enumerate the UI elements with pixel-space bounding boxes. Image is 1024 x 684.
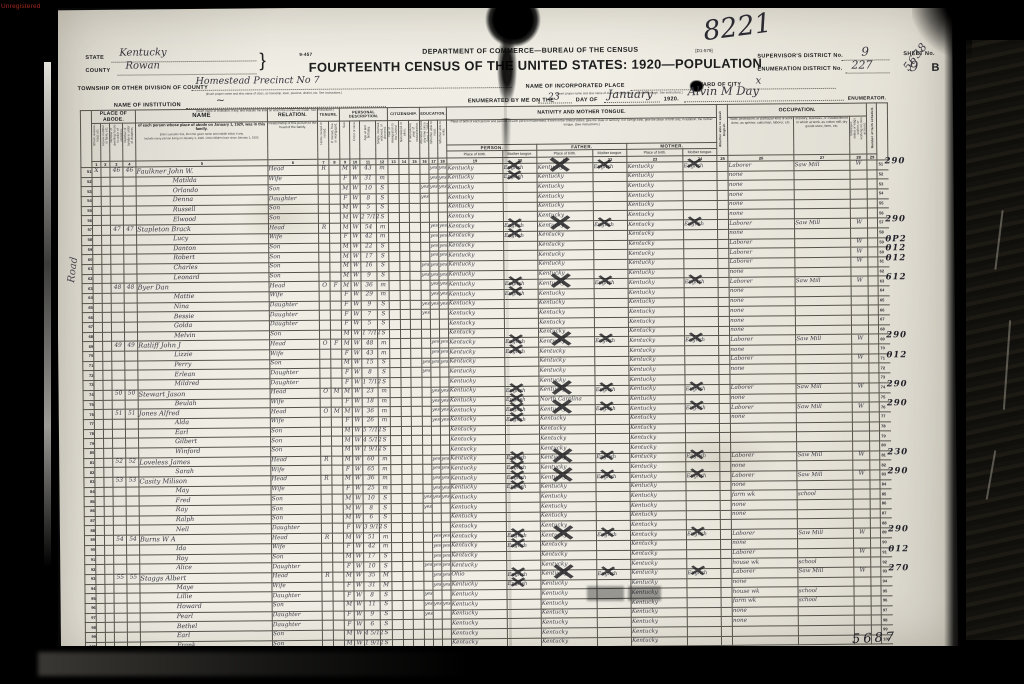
township-value: Homestead Precinct No 7 [196, 75, 320, 87]
cell-mtg [330, 243, 341, 253]
cell-c15 [411, 377, 422, 387]
state-label: STATE [85, 55, 104, 61]
cell-mmt [684, 249, 718, 259]
cell-lineR: 79 [880, 431, 891, 441]
cell-house [103, 361, 112, 371]
cell-mpob: Kentucky [631, 559, 687, 569]
cell-col: W [351, 262, 361, 272]
col-free-mortgaged: If owned, free or mortgaged. [329, 121, 340, 159]
cell-fam [125, 351, 138, 361]
cell-emp [852, 393, 869, 403]
cell-pob: Kentucky [447, 173, 503, 183]
cell-mpob: Kentucky [629, 336, 685, 346]
tally-code: 012 [886, 254, 907, 263]
cell-eng [717, 190, 728, 200]
cell-dw: 50 [112, 390, 125, 400]
cell-mmt [687, 617, 721, 627]
cell-mtg [333, 553, 344, 563]
cell-occ: none [730, 345, 796, 355]
cell-age: 31 [364, 581, 380, 591]
cell-fam: 52 [126, 458, 139, 468]
cell-col: W [354, 630, 364, 640]
cell-e16 [424, 542, 433, 552]
cell-emp [853, 480, 870, 490]
cell-c13 [390, 349, 401, 359]
cell-age: 9 [364, 610, 380, 620]
cell-mar: m [377, 232, 389, 242]
cell-c13 [388, 203, 399, 213]
cell-mtg [331, 369, 342, 379]
cell-mar: m [380, 542, 392, 552]
cell-mar: m [378, 387, 390, 397]
cell-e16 [424, 552, 433, 562]
cell-dw [111, 293, 124, 303]
cell-house [101, 187, 110, 197]
cell-lineR: 93270 [881, 567, 892, 577]
cell-farm [871, 528, 881, 538]
cell-fmt [594, 240, 628, 250]
cell-rel: Daughter [272, 621, 322, 631]
cell-rel: Daughter [272, 562, 322, 572]
cell-emp [854, 577, 871, 587]
cell-fam: 55 [127, 574, 140, 584]
cell-sex: F [342, 417, 352, 427]
cell-dw [112, 332, 125, 342]
cell-ind [798, 615, 854, 625]
cell-mmt: English [683, 161, 717, 171]
cell-c15 [413, 542, 424, 552]
cell-ind [798, 606, 854, 616]
cell-dw [113, 467, 126, 477]
tally-code: 612 [886, 273, 907, 282]
cell-house [104, 535, 113, 545]
tally-code: 290 [887, 380, 908, 389]
cell-c13 [389, 300, 400, 310]
cell-c15 [410, 290, 421, 300]
cell-pob: Kentucky [448, 260, 504, 270]
cell-eng [718, 278, 729, 288]
cell-mpob: Kentucky [631, 607, 687, 617]
cell-line: 53 [81, 187, 92, 197]
cell-dw [114, 593, 127, 603]
cell-c15 [409, 184, 420, 194]
cell-ind: Saw Mill [796, 402, 852, 412]
cell-c15 [413, 552, 424, 562]
cell-dw [114, 613, 127, 623]
cell-fpob: Kentucky [539, 405, 595, 415]
cell-ten: R [318, 165, 329, 175]
cell-house [103, 380, 112, 390]
cell-c14 [400, 223, 410, 233]
cell-c14 [401, 368, 411, 378]
cell-e18: yes [439, 271, 448, 281]
cell-house [105, 564, 114, 574]
cell-mt [505, 318, 539, 328]
cell-c15 [412, 436, 423, 446]
cell-line: 64 [82, 293, 93, 303]
cell-c14 [400, 300, 410, 310]
tally-code: 290 [888, 525, 909, 534]
cell-mar: S [377, 252, 389, 262]
cell-e17 [431, 329, 440, 339]
day-of-label: DAY OF [576, 97, 598, 103]
cell-house [102, 245, 111, 255]
cell-e17 [431, 319, 440, 329]
cell-sex: M [344, 572, 354, 582]
cell-fam [125, 380, 138, 390]
cell-eng [721, 539, 732, 549]
tally-code: 012 [885, 244, 906, 253]
cell-age: 10 [364, 562, 380, 572]
col-attended-school: Attended school any time since Sept. 1, … [420, 120, 429, 158]
cell-c14 [400, 271, 410, 281]
cell-c15 [413, 600, 424, 610]
cell-c15 [412, 494, 423, 504]
cell-e17: yes [430, 232, 439, 242]
cell-fam [127, 613, 140, 623]
cell-col: W [350, 204, 360, 214]
cell-fam [123, 177, 136, 187]
scan-smudge-bottom [38, 652, 468, 676]
cell-mmt: English [687, 568, 721, 578]
cell-pob: Kentucky [451, 609, 507, 619]
cell-e17 [432, 513, 441, 523]
cell-farm [869, 315, 879, 325]
cell-ten [321, 436, 332, 446]
cell-pob: Kentucky [448, 309, 504, 319]
cell-pob: Kentucky [450, 522, 506, 532]
cell-mpob: Kentucky [628, 278, 684, 288]
cell-dw [114, 632, 127, 642]
cell-rel: Head [271, 475, 321, 485]
cell-pob: Kentucky [451, 580, 507, 590]
cell-lineR: 74290 [879, 383, 890, 393]
cell-mtg: F [330, 281, 341, 291]
cell-farm [870, 412, 880, 422]
cell-street [94, 351, 103, 361]
cell-mpob: Kentucky [630, 501, 686, 511]
cell-street: X [92, 167, 101, 177]
cell-pob: Kentucky [448, 299, 504, 309]
cell-street [94, 429, 103, 439]
cell-line: 75 [83, 400, 94, 410]
cell-fpob: Kentucky [539, 337, 595, 347]
cell-ind: school [798, 596, 854, 606]
cell-dw: 49 [112, 342, 125, 352]
cell-mpob: Kentucky [628, 210, 684, 220]
cell-eng [720, 442, 731, 452]
cell-eng [717, 171, 728, 181]
col-color-race: Color or race. [350, 121, 360, 159]
cell-fpob: Kentucky [538, 240, 594, 250]
cell-street [92, 196, 101, 206]
cell-fpob: Kentucky [538, 250, 594, 260]
cell-ten [322, 611, 333, 621]
cell-c13 [391, 523, 402, 533]
cell-e17: yes [430, 251, 439, 261]
cell-mmt [686, 510, 720, 520]
county-label: COUNTY [85, 68, 110, 74]
cell-dw: 54 [113, 535, 126, 545]
cell-house [104, 526, 113, 536]
cell-col: W [352, 417, 362, 427]
cell-ind [796, 354, 852, 364]
cell-mtg [331, 398, 342, 408]
cell-e17 [429, 193, 438, 203]
cell-age: 42 [364, 543, 380, 553]
cell-ten [320, 330, 331, 340]
cell-col: W [351, 223, 361, 233]
cell-mmt [687, 626, 721, 636]
cell-street [94, 390, 103, 400]
cell-e16: yes [420, 184, 429, 194]
cell-e18 [440, 329, 449, 339]
cell-e16 [422, 339, 431, 349]
cell-e18 [439, 309, 448, 319]
cell-c13 [391, 426, 402, 436]
cell-rel: Head [268, 165, 318, 175]
cell-mpob: Kentucky [627, 201, 683, 211]
cell-mt: English [507, 580, 541, 590]
cell-mpob: Kentucky [628, 268, 684, 278]
cell-mar: m [377, 223, 389, 233]
cell-e17: yes [430, 242, 439, 252]
cell-ind [796, 393, 852, 403]
cell-street [93, 274, 102, 284]
cell-fmt: English [595, 337, 629, 347]
cell-e18: yes [440, 387, 449, 397]
cell-street [95, 477, 104, 487]
cell-mpob: Kentucky [629, 404, 685, 414]
cell-age: 54 [361, 223, 377, 233]
cell-c13 [388, 213, 399, 223]
cell-mmt [686, 501, 720, 511]
cell-emp [853, 441, 870, 451]
cell-fam: 54 [126, 535, 139, 545]
cell-fam [127, 603, 140, 613]
cell-e16 [423, 435, 432, 445]
cell-mar: S [378, 368, 390, 378]
cell-fmt [595, 356, 629, 366]
cell-ind [797, 441, 853, 451]
cell-age: 48 [362, 339, 378, 349]
cell-occ: none [729, 229, 795, 239]
cell-c14 [403, 542, 413, 552]
cell-farm [867, 170, 877, 180]
cell-mtg [330, 223, 341, 233]
cell-age: 8 [363, 504, 379, 514]
cell-mar: S [380, 620, 392, 630]
cell-line: 73 [83, 381, 94, 391]
cell-fpob: Kentucky [541, 608, 597, 618]
cell-street [94, 400, 103, 410]
cell-fam [127, 584, 140, 594]
cell-c13 [392, 581, 403, 591]
cell-col: W [354, 620, 364, 630]
cell-sex: F [344, 591, 354, 601]
cell-pob: Kentucky [449, 338, 505, 348]
cell-house [105, 594, 114, 604]
cell-mar: m [378, 416, 390, 426]
cell-farm [870, 480, 880, 490]
cell-rel: Son [269, 262, 319, 272]
cell-mtg [330, 320, 341, 330]
cell-mt [506, 434, 540, 444]
cell-e18 [441, 426, 450, 436]
cell-c15 [413, 571, 424, 581]
cell-occ: none [728, 170, 794, 180]
cell-lineR: 63612 [878, 276, 889, 286]
cell-occ [731, 432, 797, 442]
cell-line: 72 [83, 371, 94, 381]
cell-e17 [434, 629, 443, 639]
cell-col: W [353, 494, 363, 504]
cell-farm [871, 518, 881, 528]
cell-dw [111, 235, 124, 245]
cell-line: 78 [83, 429, 94, 439]
cell-col: W [351, 301, 361, 311]
cell-fam [123, 196, 136, 206]
cell-fmt [598, 627, 632, 637]
cell-line: 97 [85, 613, 96, 623]
cell-ind: Saw Mill [795, 218, 851, 228]
cell-c13 [389, 252, 400, 262]
cell-mpob: Kentucky [628, 249, 684, 259]
cell-mmt [683, 200, 717, 210]
cell-mtg [330, 272, 341, 282]
cell-ten [322, 553, 333, 563]
cell-age: 5 7/12 [362, 426, 378, 436]
cell-e16 [421, 222, 430, 232]
cell-ind [795, 267, 851, 277]
cell-street [92, 216, 101, 226]
cell-farm [868, 296, 878, 306]
cell-col: W [351, 320, 361, 330]
cell-occ [731, 422, 797, 432]
cell-sex: M [343, 504, 353, 514]
cell-mtg [332, 456, 343, 466]
cell-farm [869, 373, 879, 383]
cell-pob: Kentucky [450, 435, 506, 445]
cell-col: W [352, 359, 362, 369]
cell-rel: Wife [269, 291, 319, 301]
cell-fmt [596, 424, 630, 434]
cell-fam [125, 400, 138, 410]
cell-mt: English [507, 541, 541, 551]
cell-house [104, 468, 113, 478]
cell-c15 [411, 387, 422, 397]
cell-street [93, 303, 102, 313]
cell-street [96, 632, 105, 642]
cell-pob: Kentucky [449, 406, 505, 416]
cell-age: 11 [364, 601, 380, 611]
cell-eng [718, 249, 729, 259]
cell-line: 62 [82, 274, 93, 284]
cell-c14 [402, 513, 412, 523]
cell-street [96, 584, 105, 594]
cell-mar: S [380, 562, 392, 572]
cell-col: W [354, 552, 364, 562]
cell-c15 [412, 484, 423, 494]
cell-occ: house wk [732, 587, 798, 597]
cell-mtg [332, 436, 343, 446]
cell-emp: W [853, 470, 870, 480]
cell-mt: English [504, 289, 538, 299]
cell-c14 [402, 484, 412, 494]
cell-emp [854, 615, 871, 625]
cell-e18: yes [442, 552, 451, 562]
cell-fam [126, 487, 139, 497]
cell-age: 17 [364, 552, 380, 562]
cell-occ: none [730, 364, 796, 374]
cell-sex: M [342, 359, 352, 369]
cell-e18: yes [442, 581, 451, 591]
cell-dw [113, 438, 126, 448]
cell-mtg [333, 543, 344, 553]
cell-occ [732, 519, 798, 529]
cell-emp: W [852, 402, 869, 412]
cell-mpob: Kentucky [629, 365, 685, 375]
cell-farm [868, 237, 878, 247]
tally-code: 290 [886, 332, 907, 341]
cell-pob: Kentucky [451, 561, 507, 571]
cell-pob: Kentucky [447, 202, 503, 212]
cell-c14 [403, 610, 413, 620]
cell-e16 [421, 242, 430, 252]
cell-c14 [399, 164, 409, 174]
cell-rel: Daughter [269, 320, 319, 330]
cell-ind [795, 257, 851, 267]
cell-c15 [410, 242, 421, 252]
cell-occ: Laborer [732, 548, 798, 558]
cell-line: 58 [82, 235, 93, 245]
cell-ten [319, 272, 330, 282]
cell-c14 [399, 203, 409, 213]
cell-house [102, 264, 111, 274]
cell-eng [719, 307, 730, 317]
cell-sex: F [341, 320, 351, 330]
cell-c14 [402, 445, 412, 455]
cell-e16: yes [424, 600, 433, 610]
cell-fam [126, 506, 139, 516]
cell-sex: F [342, 378, 352, 388]
cell-c13 [392, 562, 403, 572]
cell-age: 60 [363, 455, 379, 465]
cell-mtg [330, 291, 341, 301]
cell-dw [113, 448, 126, 458]
cell-sex: M [340, 204, 350, 214]
cell-c13 [390, 416, 401, 426]
cell-emp: W [851, 218, 868, 228]
cell-street [93, 284, 102, 294]
cell-e17 [432, 523, 441, 533]
cell-col: W [353, 514, 363, 524]
cell-e17 [431, 368, 440, 378]
year-label: 1920. [664, 96, 679, 102]
cell-pob: Kentucky [449, 396, 505, 406]
cell-e17 [430, 309, 439, 319]
cell-rel: Son [270, 330, 320, 340]
cell-e16 [423, 455, 432, 465]
cell-ind [797, 431, 853, 441]
cell-mmt [687, 607, 721, 617]
cell-ten [321, 524, 332, 534]
cell-e17: yes [433, 532, 442, 542]
cell-e16: yes [423, 503, 432, 513]
cell-mmt [687, 588, 721, 598]
cell-e18: yes [441, 474, 450, 484]
cell-pob: Kentucky [451, 590, 507, 600]
